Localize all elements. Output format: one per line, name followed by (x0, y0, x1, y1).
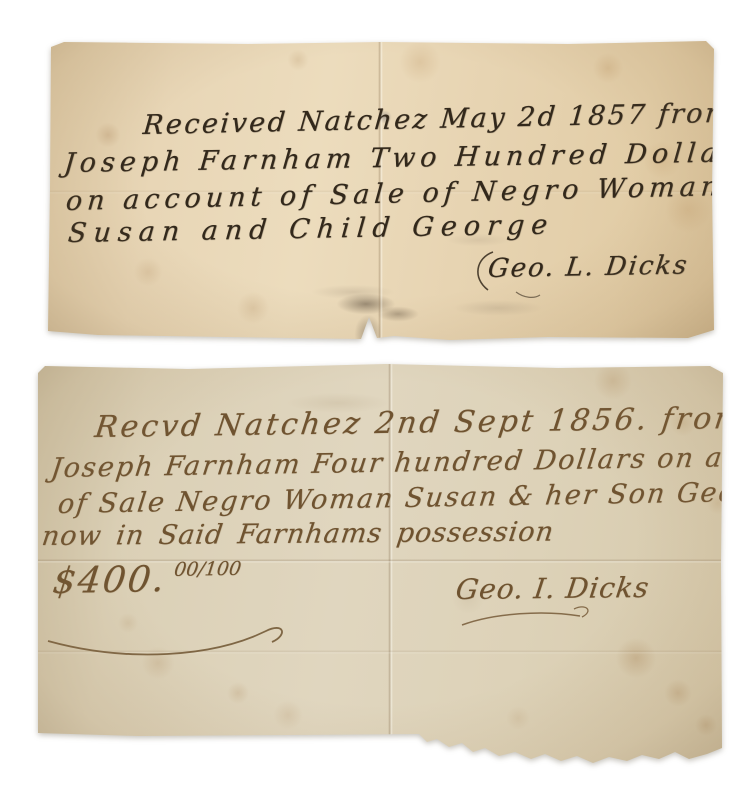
vertical-fold-crease (388, 363, 393, 763)
photo-canvas: Received Natchez May 2d 1857 from Joseph… (0, 0, 754, 800)
handwriting-line-1: Recvd Natchez 2nd Sept 1856. from (93, 401, 748, 445)
handwriting-line-4: now in Said Farnhams possession (40, 517, 556, 553)
vertical-fold-crease (378, 40, 383, 341)
handwriting-line-4: Susan and Child George (67, 209, 556, 249)
handwriting-line-1: Received Natchez May 2d 1857 from (142, 98, 735, 141)
amount-notation: $400.00/100 (50, 558, 242, 602)
amount-dollars: $400. (50, 559, 168, 602)
horizontal-fold-crease-lower (38, 650, 723, 654)
receipt-1856-paper: Recvd Natchez 2nd Sept 1856. from Joseph… (38, 363, 723, 763)
horizontal-fold-crease (38, 559, 723, 563)
ink-flourishes (38, 363, 723, 763)
handwriting-line-3: on account of Sale of Negro Woman (65, 171, 725, 217)
horizontal-fold-crease (48, 190, 714, 194)
receipt-1857-paper: Received Natchez May 2d 1857 from Joseph… (48, 40, 714, 341)
signature-swash (48, 40, 714, 341)
receipt-1857: Received Natchez May 2d 1857 from Joseph… (48, 40, 714, 341)
signature: Geo. I. Dicks (454, 571, 652, 606)
signature: Geo. L. Dicks (486, 250, 690, 284)
receipt-1856: Recvd Natchez 2nd Sept 1856. from Joseph… (38, 363, 723, 763)
amount-fraction: 00/100 (173, 558, 243, 581)
handwriting-line-3: of Sale Negro Woman Susan & her Son Geor… (56, 476, 754, 520)
handwriting-line-2: Joseph Farnham Four hundred Dollars on a… (49, 442, 754, 484)
handwriting-line-2: Joseph Farnham Two Hundred Dollars (63, 137, 754, 179)
